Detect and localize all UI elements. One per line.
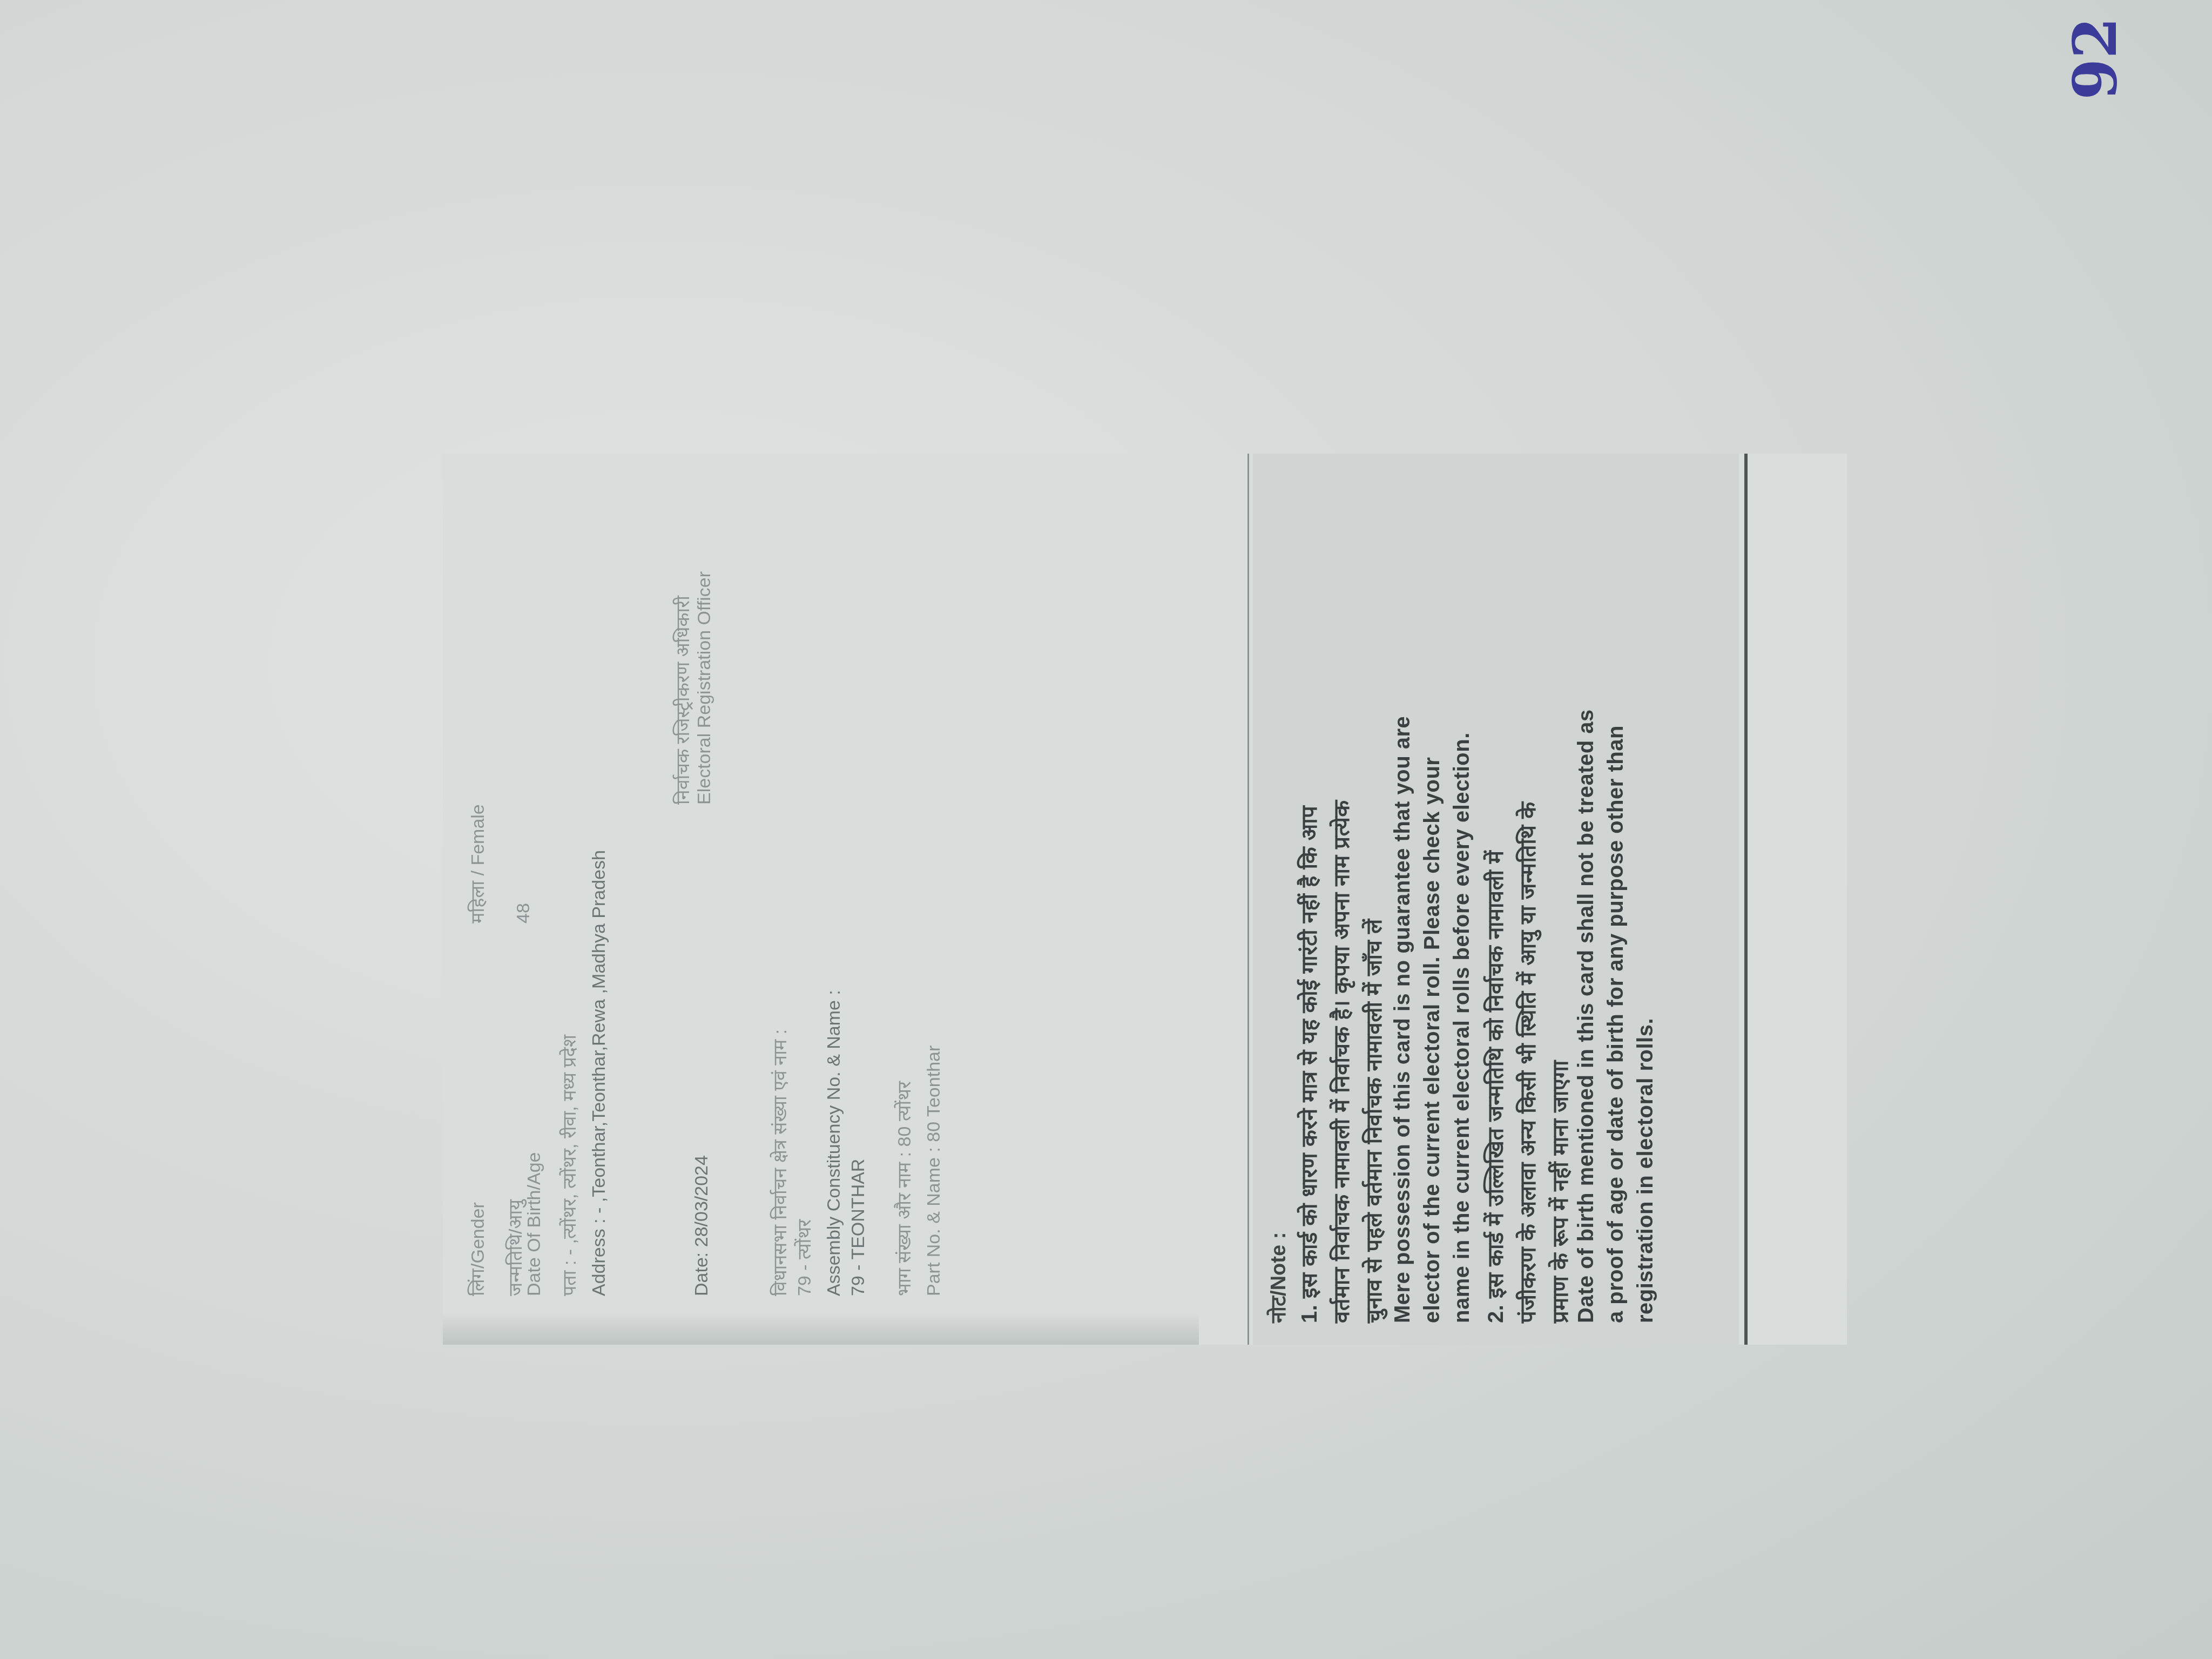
- officer-title-hi: निर्वाचक रजिस्ट्रीकरण अधिकारी: [670, 596, 694, 805]
- date-value: 28/03/2024: [691, 1155, 712, 1247]
- address-label-hi: पता :: [559, 1260, 580, 1296]
- address-label-en: Address :: [589, 1218, 609, 1296]
- assembly-value-en: 79 - TEONTHAR: [848, 1159, 869, 1296]
- age-value: 48: [513, 903, 534, 923]
- torn-edge: [443, 1312, 1199, 1345]
- address-value-en: - ,Teonthar,Teonthar,Rewa ,Madhya Prades…: [589, 850, 609, 1213]
- address-value-hi: - ,त्योंथर, त्योंथर, रीवा, मध्य प्रदेश: [559, 1035, 580, 1255]
- dob-label-en: Date Of Birth/Age: [524, 1152, 545, 1296]
- note-line: पंजीकरण के अलावा अन्य किसी भी स्थिति में…: [1512, 802, 1542, 1323]
- note-section: नोट/Note : 1. इस कार्ड को धारण करने मात्…: [1253, 454, 1739, 1345]
- officer-title-en: Electoral Registration Officer: [694, 571, 715, 805]
- gender-value: महिला / Female: [464, 804, 489, 923]
- part-label-hi: भाग संख्या और नाम : 80 त्योंथर: [891, 1081, 916, 1296]
- handwritten-mark: 92: [2060, 0, 2120, 100]
- assembly-label-en: Assembly Constituency No. & Name :: [824, 990, 845, 1296]
- note-title: नोट/Note :: [1264, 1232, 1292, 1323]
- note-line: registration in electoral rolls.: [1634, 1018, 1658, 1323]
- note-line: elector of the current electoral roll. P…: [1420, 757, 1445, 1323]
- assembly-value-hi: 79 - त्योंथर: [791, 1219, 816, 1296]
- note-line: 1. इस कार्ड को धारण करने मात्र से यह कोई…: [1293, 806, 1323, 1323]
- note-bottom-rule: [1744, 454, 1748, 1345]
- note-line: name in the current electoral rolls befo…: [1450, 732, 1474, 1323]
- note-line: a proof of age or date of birth for any …: [1604, 725, 1628, 1323]
- part-label-en: Part No. & Name : 80 Teonthar: [923, 1046, 945, 1296]
- voter-card-back: लिंग/Gender महिला / Female जन्मतिथि/आयु …: [443, 454, 1847, 1345]
- note-line: Date of birth mentioned in this card sha…: [1574, 709, 1599, 1323]
- note-top-rule: [1247, 454, 1249, 1345]
- gender-label: लिंग/Gender: [464, 1202, 489, 1296]
- date-label: Date:: [691, 1252, 712, 1296]
- note-line: वर्तमान निर्वाचक नामावली में निर्वाचक है…: [1326, 800, 1355, 1323]
- note-line: 2. इस कार्ड में उल्लिखित जन्मतिथि को निर…: [1480, 850, 1509, 1323]
- note-line: प्रमाण के रूप में नहीं माना जाएगा: [1545, 1060, 1574, 1323]
- assembly-label-hi: विधानसभा निर्वाचन क्षेत्र संख्या एवं नाम…: [767, 1029, 792, 1296]
- rotated-document: लिंग/Gender महिला / Female जन्मतिथि/आयु …: [443, 454, 1847, 1345]
- note-line: Mere possession of this card is no guara…: [1391, 716, 1415, 1323]
- note-line: चुनाव से पहले वर्तमान निर्वाचक नामावली म…: [1358, 919, 1388, 1323]
